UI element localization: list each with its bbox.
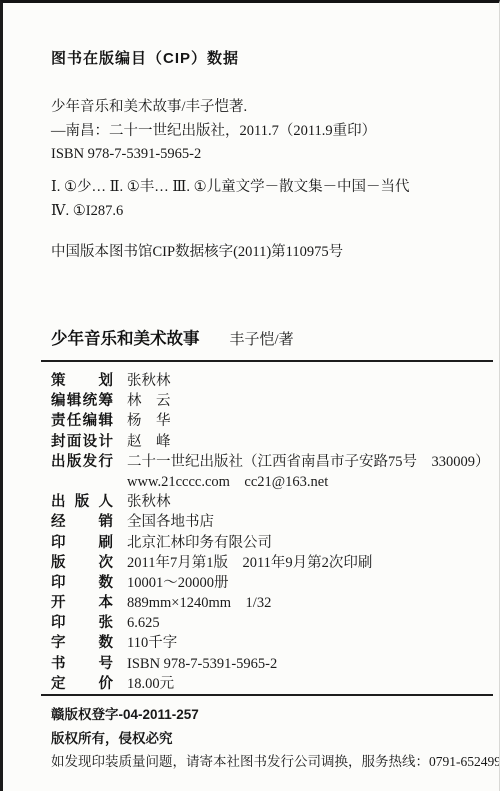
- table-row: 版次2011年7月第1版 2011年9月第2次印刷: [51, 551, 500, 571]
- colophon-table: 策划张秋林 编辑统筹林 云 责任编辑杨 华 封面设计赵 峰 出版发行二十一世纪出…: [41, 369, 500, 692]
- table-row: 出版发行二十一世纪出版社（江西省南昌市子安路75号 330009）: [51, 450, 500, 470]
- copyright-notice: 版权所有，侵权必究: [51, 727, 493, 751]
- cip-isbn: ISBN 978-7-5391-5965-2: [51, 143, 483, 167]
- cip-title-statement: 少年音乐和美术故事/丰子恺著.: [51, 96, 483, 120]
- row-label: 版次: [51, 551, 113, 572]
- row-label: 出版发行: [51, 450, 113, 471]
- row-value: 杨 华: [127, 409, 171, 430]
- row-value: 全国各地书店: [127, 510, 214, 531]
- cip-classification-line2: Ⅳ. ①I287.6: [51, 200, 483, 224]
- table-row: 责任编辑杨 华: [51, 409, 500, 429]
- book-author: 丰子恺/著: [230, 332, 294, 348]
- cip-description: 少年音乐和美术故事/丰子恺著. —南昌：二十一世纪出版社，2011.7（2011…: [51, 96, 483, 167]
- row-value: 二十一世纪出版社（江西省南昌市子安路75号 330009）: [127, 450, 490, 471]
- row-value: 889mm×1240mm 1/32: [127, 591, 271, 612]
- row-value: 6.625: [127, 615, 160, 632]
- title-row: 少年音乐和美术故事丰子恺/著: [41, 325, 493, 362]
- row-value: ISBN 978-7-5391-5965-2: [127, 656, 277, 673]
- table-row: 策划张秋林: [51, 369, 500, 389]
- row-label: 封面设计: [51, 430, 113, 451]
- row-value: 赵 峰: [127, 430, 171, 451]
- row-label: 责任编辑: [51, 409, 113, 430]
- row-label: 印刷: [51, 531, 113, 552]
- row-value: 2011年7月第1版 2011年9月第2次印刷: [127, 551, 372, 572]
- table-row-website: www.21cccc.com cc21@163.net: [51, 470, 500, 490]
- row-value: 张秋林: [127, 369, 171, 390]
- table-row: 字数110千字: [51, 631, 500, 651]
- table-row: 编辑统筹林 云: [51, 389, 500, 409]
- table-row: 印刷北京汇林印务有限公司: [51, 531, 500, 551]
- row-label: 编辑统筹: [51, 389, 113, 410]
- table-row: 经销全国各地书店: [51, 510, 500, 530]
- table-row: 开本889mm×1240mm 1/32: [51, 591, 500, 611]
- service-hotline-notice: 如发现印装质量问题，请寄本社图书发行公司调换，服务热线：0791-6524997: [51, 750, 493, 774]
- row-value: 10001～20000册: [127, 571, 229, 592]
- table-row: 书号ISBN 978-7-5391-5965-2: [51, 652, 500, 672]
- book-title: 少年音乐和美术故事: [51, 330, 200, 348]
- table-row: 印数10001～20000册: [51, 571, 500, 591]
- row-label: 印数: [51, 571, 113, 592]
- cip-classification-line1: Ⅰ. ①少… Ⅱ. ①丰… Ⅲ. ①儿童文学－散文集－中国－当代: [51, 176, 483, 200]
- publisher-website-email: www.21cccc.com cc21@163.net: [127, 470, 328, 491]
- cip-header: 图书在版编目（CIP）数据: [51, 47, 239, 68]
- row-label: 出版人: [51, 490, 113, 511]
- cip-publisher-statement: —南昌：二十一世纪出版社，2011.7（2011.9重印）: [51, 120, 483, 144]
- row-label: 印张: [51, 611, 113, 632]
- row-value: 张秋林: [127, 490, 171, 511]
- registration-number: 赣版权登字-04-2011-257: [51, 703, 493, 727]
- cip-record-number: 中国版本图书馆CIP数据核字(2011)第110975号: [51, 240, 483, 261]
- row-label: 经销: [51, 510, 113, 531]
- row-value: 110千字: [127, 631, 177, 652]
- table-row: 印张6.625: [51, 611, 500, 631]
- table-row: 定价18.00元: [51, 672, 500, 692]
- cip-classification: Ⅰ. ①少… Ⅱ. ①丰… Ⅲ. ①儿童文学－散文集－中国－当代 Ⅳ. ①I28…: [51, 176, 483, 223]
- row-label: 书号: [51, 652, 113, 673]
- copyright-page: 图书在版编目（CIP）数据 少年音乐和美术故事/丰子恺著. —南昌：二十一世纪出…: [0, 0, 500, 791]
- row-value: 18.00元: [127, 672, 174, 693]
- row-label: 定价: [51, 672, 113, 693]
- row-value: 北京汇林印务有限公司: [127, 531, 272, 552]
- row-label: 开本: [51, 591, 113, 612]
- row-label: 策划: [51, 369, 113, 390]
- table-row: 封面设计赵 峰: [51, 430, 500, 450]
- row-label: 字数: [51, 631, 113, 652]
- table-row: 出版人张秋林: [51, 490, 500, 510]
- row-value: 林 云: [127, 389, 171, 410]
- footer-block: 赣版权登字-04-2011-257 版权所有，侵权必究 如发现印装质量问题，请寄…: [41, 694, 493, 774]
